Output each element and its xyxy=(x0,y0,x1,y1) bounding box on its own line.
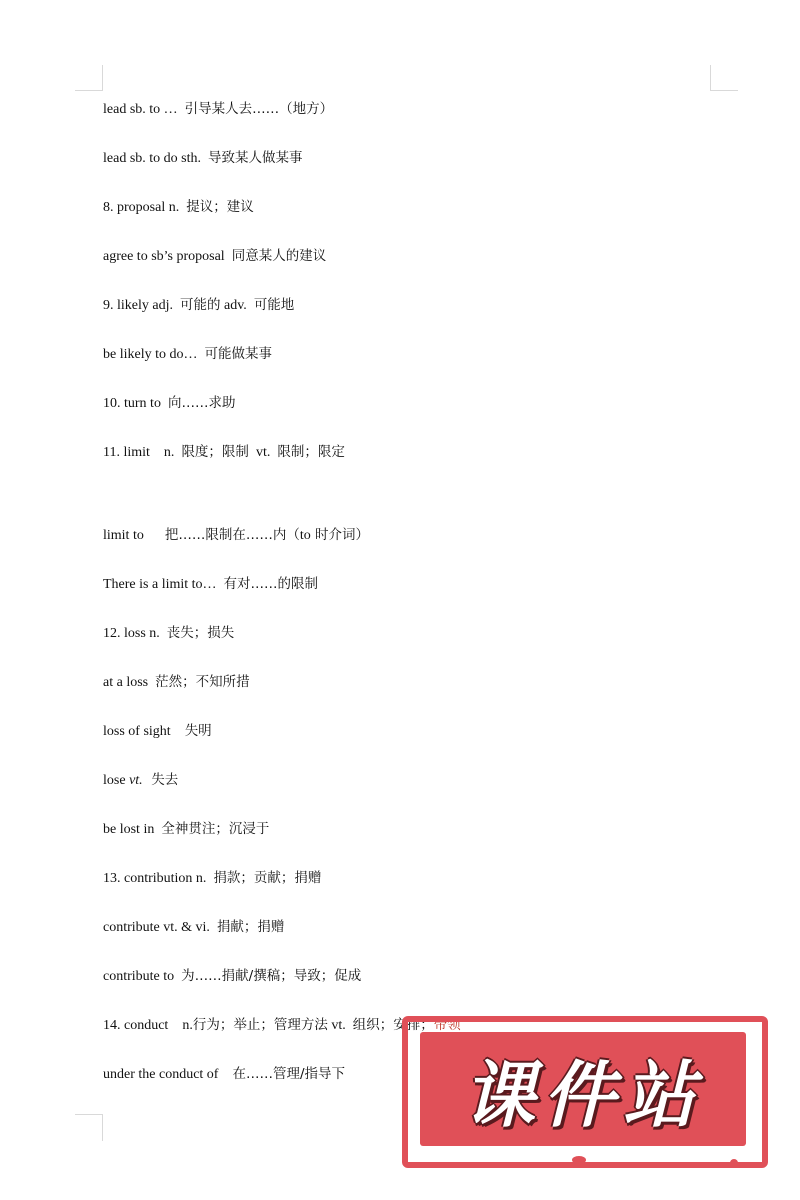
chinese-text: 失去 xyxy=(143,772,179,788)
english-text: under the conduct of xyxy=(103,1067,232,1082)
chinese-text: 引导某人去……（地方） xyxy=(185,101,334,117)
vocab-line: at a loss 茫然；不知所措 xyxy=(103,673,250,692)
watermark-stamp: 课件站 xyxy=(402,1016,768,1168)
english-text: 10. turn to xyxy=(103,396,168,411)
chinese-text: 全神贯注；沉浸于 xyxy=(161,821,269,837)
english-text: vt. xyxy=(249,445,277,460)
english-text: be likely to do… xyxy=(103,347,205,362)
chinese-text: 在……管理/指导下 xyxy=(232,1066,345,1082)
chinese-text: 提议；建议 xyxy=(186,199,254,215)
chinese-text: 捐款；贡献；捐赠 xyxy=(213,870,321,886)
english-text: There is a limit to… xyxy=(103,577,224,592)
vocab-heading-line: 9. likely adj. 可能的 adv. 可能地 xyxy=(103,296,294,315)
english-italic-text: vt. xyxy=(129,773,143,788)
vocab-line: loss of sight 失明 xyxy=(103,722,212,741)
vocab-heading-line: 10. turn to 向……求助 xyxy=(103,394,235,413)
chinese-text: 可能地 xyxy=(254,297,295,313)
margin-corner-bottom-left xyxy=(75,1114,103,1141)
chinese-text: 茫然；不知所措 xyxy=(155,674,250,690)
vocab-line: be likely to do… 可能做某事 xyxy=(103,345,272,364)
stamp-speckle xyxy=(730,1159,738,1167)
document-page: lead sb. to … 引导某人去……（地方） lead sb. to do… xyxy=(0,0,800,1200)
chinese-text: 为……捐献/撰稿；导致；促成 xyxy=(181,968,361,984)
chinese-text: 可能的 xyxy=(180,297,221,313)
english-text: limit to xyxy=(103,528,165,543)
english-text: contribute to xyxy=(103,969,181,984)
vocab-line: lead sb. to do sth. 导致某人做某事 xyxy=(103,149,303,168)
chinese-text: 丧失；损失 xyxy=(167,625,235,641)
english-text: lose xyxy=(103,773,129,788)
vocab-line: lead sb. to … 引导某人去……（地方） xyxy=(103,100,333,119)
chinese-text: 失明 xyxy=(185,723,212,739)
chinese-text: 可能做某事 xyxy=(205,346,273,362)
vocab-line: There is a limit to… 有对……的限制 xyxy=(103,575,318,594)
chinese-text: 行为；举止；管理方法 xyxy=(193,1017,328,1033)
vocab-line: lose vt. 失去 xyxy=(103,771,178,790)
stamp-speckle xyxy=(572,1156,586,1164)
chinese-text: 同意某人的建议 xyxy=(232,248,327,264)
vocab-line: agree to sb’s proposal 同意某人的建议 xyxy=(103,247,326,266)
english-text: 14. conduct n. xyxy=(103,1018,193,1033)
margin-corner-top-right xyxy=(710,65,738,91)
english-text: 11. limit n. xyxy=(103,445,181,460)
vocab-heading-line: 11. limit n. 限度；限制 vt. 限制；限定 xyxy=(103,443,345,462)
english-text: lead sb. to do sth. xyxy=(103,151,208,166)
english-text: 8. proposal n. xyxy=(103,200,186,215)
english-text: be lost in xyxy=(103,822,161,837)
vocab-line: be lost in 全神贯注；沉浸于 xyxy=(103,820,269,839)
vocab-line: under the conduct of 在……管理/指导下 xyxy=(103,1065,345,1084)
english-text: at a loss xyxy=(103,675,155,690)
english-text: 9. likely adj. xyxy=(103,298,180,313)
english-text: adv. xyxy=(221,298,254,313)
english-text: contribute vt. & vi. xyxy=(103,920,217,935)
vocab-heading-line: 12. loss n. 丧失；损失 xyxy=(103,624,234,643)
margin-corner-top-left xyxy=(75,65,103,91)
english-text: 13. contribution n. xyxy=(103,871,213,886)
chinese-text: 有对……的限制 xyxy=(224,576,319,592)
watermark-text: 课件站 xyxy=(420,1032,746,1146)
vocab-heading-line: 8. proposal n. 提议；建议 xyxy=(103,198,254,217)
chinese-text: 限度；限制 xyxy=(181,444,249,460)
vocab-line: contribute vt. & vi. 捐献；捐赠 xyxy=(103,918,284,937)
english-text: to xyxy=(300,528,311,543)
chinese-text: 限制；限定 xyxy=(277,444,345,460)
chinese-text: 时介词） xyxy=(311,527,369,543)
chinese-text: 向……求助 xyxy=(168,395,236,411)
vocab-line: limit to 把……限制在……内（to 时介词） xyxy=(103,526,369,545)
chinese-text: 把……限制在……内（ xyxy=(165,527,300,543)
english-text: loss of sight xyxy=(103,724,185,739)
english-text: agree to sb’s proposal xyxy=(103,249,232,264)
english-text: 12. loss n. xyxy=(103,626,167,641)
vocab-line: contribute to 为……捐献/撰稿；导致；促成 xyxy=(103,967,361,986)
english-text: vt. xyxy=(328,1018,353,1033)
vocab-heading-line: 13. contribution n. 捐款；贡献；捐赠 xyxy=(103,869,321,888)
english-text: lead sb. to … xyxy=(103,102,185,117)
chinese-text: 捐献；捐赠 xyxy=(217,919,285,935)
chinese-text: 导致某人做某事 xyxy=(208,150,303,166)
